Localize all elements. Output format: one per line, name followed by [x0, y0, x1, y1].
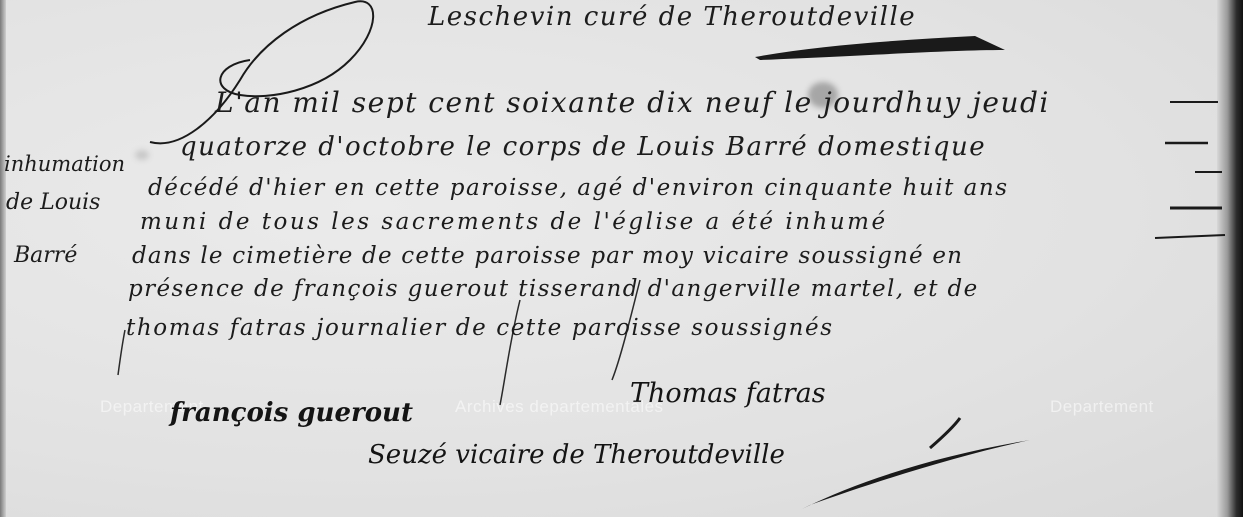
signature-francois-guerout: françois guerout: [170, 398, 413, 428]
body-line-6: présence de françois guerout tisserand d…: [128, 276, 979, 302]
signature-vicar: Seuzé vicaire de Theroutdeville: [368, 440, 785, 470]
body-line-5: dans le cimetière de cette paroisse par …: [132, 243, 963, 269]
body-line-4: muni de tous les sacrements de l'église …: [140, 209, 888, 235]
margin-note-line-3: Barré: [14, 243, 77, 268]
body-line-3: décédé d'hier en cette paroisse, agé d'e…: [148, 175, 1009, 201]
body-line-2: quatorze d'octobre le corps de Louis Bar…: [180, 132, 986, 162]
scanned-document-page: Leschevin curé de Theroutdeville inhumat…: [0, 0, 1243, 517]
page-right-edge-shadow: [1217, 0, 1243, 517]
signature-thomas-fatras: Thomas fatras: [630, 378, 826, 409]
body-line-7: thomas fatras journalier de cette parois…: [126, 315, 834, 341]
body-line-1: L'an mil sept cent soixante dix neuf le …: [215, 86, 1050, 119]
page-left-edge: [0, 0, 6, 517]
ink-stain: [135, 150, 149, 160]
watermark-right: Departement: [1050, 397, 1154, 417]
record-header: Leschevin curé de Theroutdeville: [428, 2, 916, 32]
margin-note-line-2: de Louis: [6, 190, 100, 215]
margin-note-line-1: inhumation: [4, 152, 125, 176]
